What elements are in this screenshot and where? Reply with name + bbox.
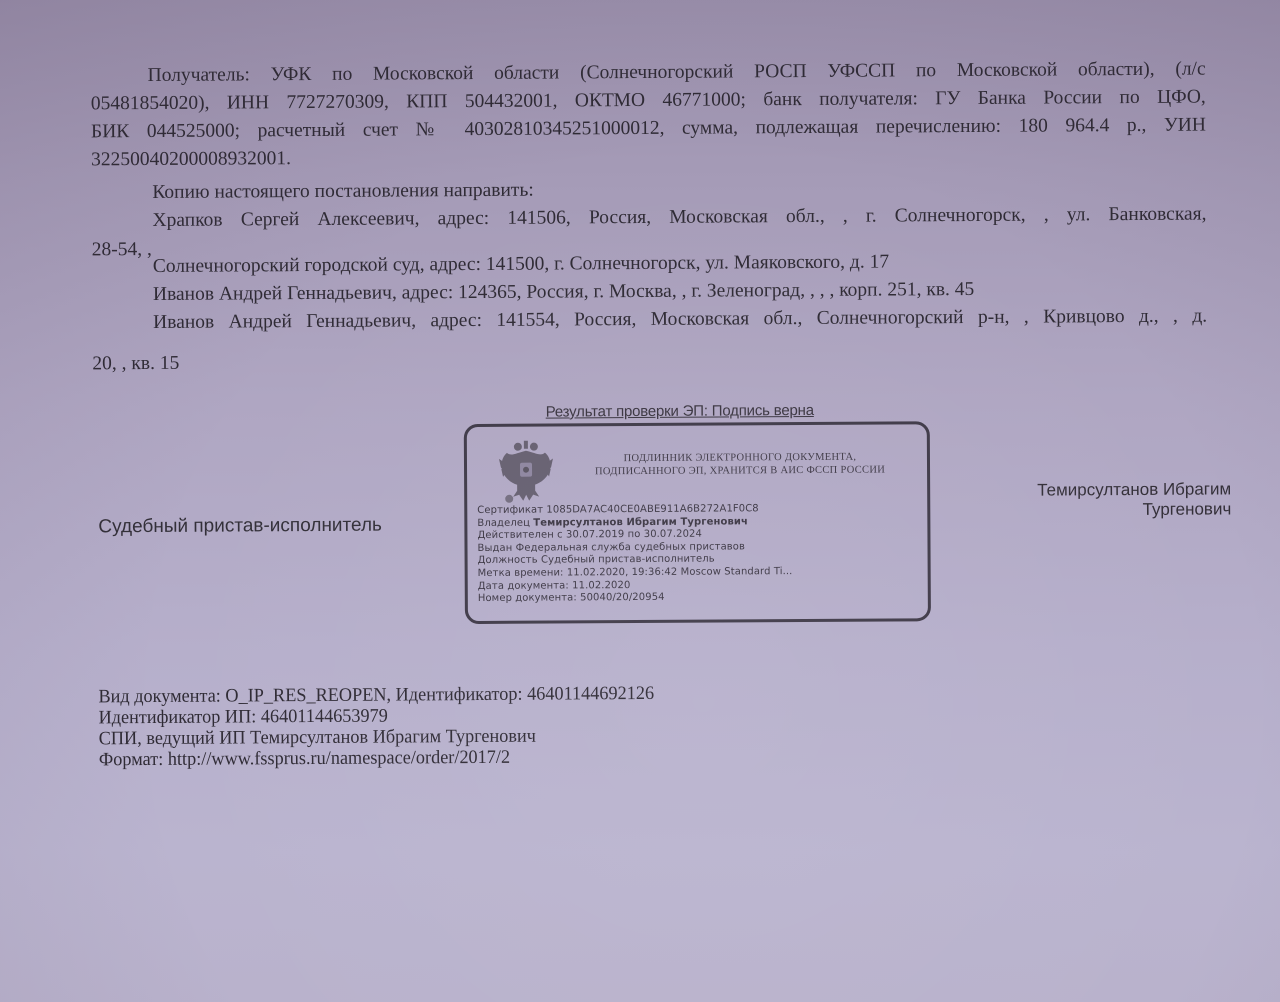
signer-name: Темирсултанов Ибрагим Тургенович [961, 479, 1231, 521]
signer-position: Судебный пристав-исполнитель [98, 515, 382, 539]
signer-name-line-2: Тургенович [961, 499, 1231, 521]
recipient-line-3: БИК 044525000; расчетный счет № 40302810… [91, 115, 1206, 144]
recipient-line-2: 05481854020), ИНН 7727270309, КПП 504432… [91, 87, 1206, 116]
stamp-owner: Владелец Темирсултанов Ибрагим Тургенови… [477, 516, 792, 531]
document-page: Получатель: УФК по Московской области (С… [0, 0, 1280, 1002]
copy-recipient-2: Солнечногорский городской суд, адрес: 14… [153, 251, 889, 277]
metadata-format: Формат: http://www.fssprus.ru/namespace/… [99, 746, 655, 770]
stamp-timestamp: Метка времени: 11.02.2020, 19:36:42 Mosc… [478, 566, 793, 581]
document-metadata: Вид документа: O_IP_RES_REOPEN, Идентифи… [98, 683, 677, 771]
copy-recipient-1-line-2: 28-54, , [92, 239, 152, 261]
copy-to-heading: Копию настоящего постановления направить… [152, 180, 534, 204]
recipient-line-1: Получатель: УФК по Московской области (С… [91, 59, 1206, 88]
electronic-signature-stamp: Подлинник электронного документа, подпис… [464, 421, 931, 624]
signer-name-line-1: Темирсултанов Ибрагим [961, 479, 1231, 501]
stamp-document-number: Номер документа: 50040/20/20954 [478, 591, 793, 606]
copy-recipient-3: Иванов Андрей Геннадьевич, адрес: 124365… [153, 279, 974, 306]
stamp-header: Подлинник электронного документа, подпис… [565, 450, 915, 478]
russian-coat-of-arms-icon [497, 439, 555, 505]
recipient-line-4: 32250040200008932001. [91, 148, 291, 171]
copy-recipient-4-line-2: 20, , кв. 15 [92, 353, 179, 376]
signature-check-result: Результат проверки ЭП: Подпись верна [546, 402, 814, 421]
copy-recipient-4-line-1: Иванов Андрей Геннадьевич, адрес: 141554… [92, 306, 1207, 335]
stamp-header-line-2: подписанного ЭП, хранится в АИС ФССП Рос… [565, 463, 915, 478]
stamp-details: Сертификат 1085DA7AC40CE0ABE911A6B272A1F… [477, 503, 792, 606]
copy-recipient-1-line-1: Храпков Сергей Алексеевич, адрес: 141506… [91, 204, 1206, 233]
